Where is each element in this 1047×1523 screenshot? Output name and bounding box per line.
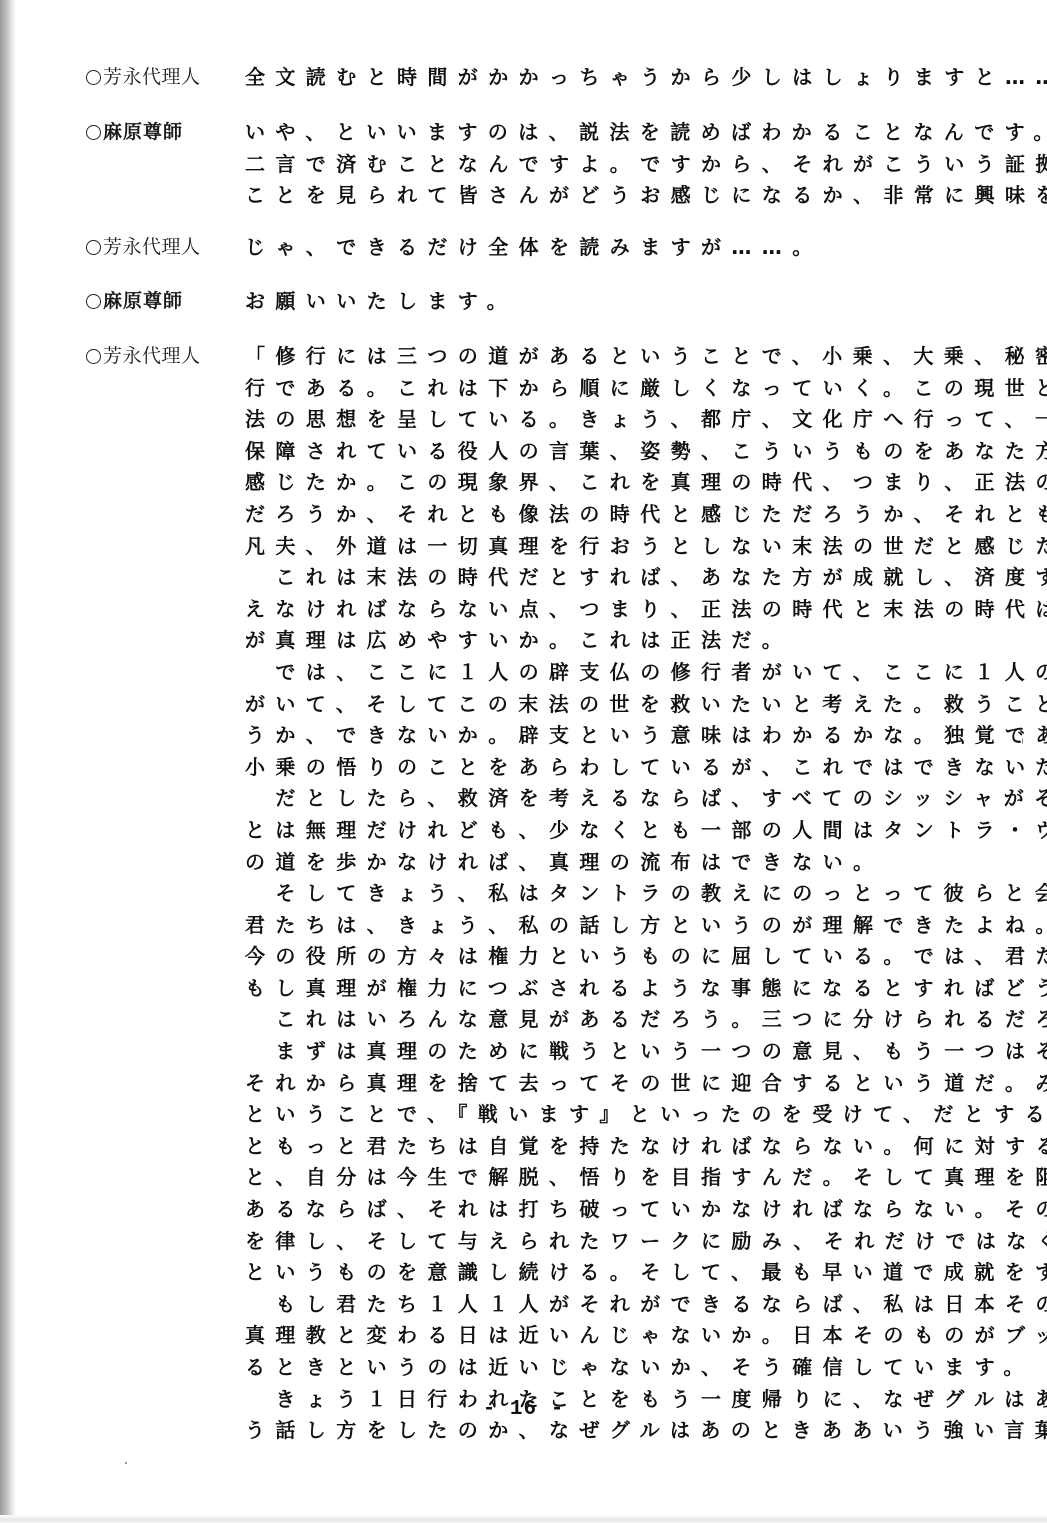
text-line: 感じたか。この現象界、これを真理の時代、つまり、正法の時代と感じた bbox=[245, 467, 1005, 499]
text-line: そしてきょう、私はタントラの教えにのっとって彼らと会い交渉をした。 bbox=[245, 878, 1005, 910]
text-line: の道を歩かなければ、真理の流布はできない。 bbox=[245, 847, 1005, 879]
speech-text: じゃ、できるだけ全体を読みますが……。 bbox=[245, 232, 1005, 264]
speaker-name: 芳永代理人 bbox=[103, 236, 201, 258]
speaker-label: 芳永代理人 bbox=[86, 341, 241, 372]
text-line: まずは真理のために戦うという一つの意見、もう一つはそれから逃げる、 bbox=[245, 1036, 1005, 1068]
text-line: だろうか、それとも像法の時代と感じただろうか、それとも法は廃れ、 bbox=[245, 499, 1005, 531]
page-number: - 16 - bbox=[0, 1398, 1047, 1421]
text-line: というものを意識し続ける。そして、最も早い道で成就をする。 bbox=[245, 1257, 1005, 1289]
text-line: とは無理だけれども、少なくとも一部の人間はタントラ・ヴァジラヤーナ bbox=[245, 815, 1005, 847]
text-line: 法の思想を呈している。きょう、都庁、文化庁へ行って、一定の地位の bbox=[245, 404, 1005, 436]
text-line: あるならば、それは打ち破っていかなければならない。そのためには自己 bbox=[245, 1194, 1005, 1226]
text-line: だとしたら、救済を考えるならば、すべてのシッシャがその道を歩くこ bbox=[245, 783, 1005, 815]
text-line: うか、できないか。辟支という意味はわかるかな。独覚である。つまり、 bbox=[245, 720, 1005, 752]
text-line: ということで、『戦います』といったのを受けて、だとするならば、もっ bbox=[245, 1099, 1005, 1131]
speech-text: いや、といいますのは、説法を読めばわかることなんです。説明も一言、 二言で済むこ… bbox=[245, 117, 1005, 212]
text-line: これは末法の時代だとすれば、あなた方が成就し、済度するために考 bbox=[245, 562, 1005, 594]
text-line: それから真理を捨て去ってその世に迎合するという道だ。みんなはどうだ bbox=[245, 1068, 1005, 1100]
text-line: るときというのは近いじゃないか、そう確信しています。 bbox=[245, 1352, 1005, 1384]
circle-marker-icon bbox=[86, 125, 101, 140]
text-line: 「修行には三つの道があるということで、小乗、大乗、秘密金剛乗的な修 bbox=[245, 341, 1005, 373]
speech-text: 全文読むと時間がかかっちゃうから少しはしょりますと……。 bbox=[245, 62, 1005, 94]
circle-marker-icon bbox=[86, 349, 101, 364]
text-line: えなければならない点、つまり、正法の時代と末法の時代はどちらの方 bbox=[245, 594, 1005, 626]
text-line: もし真理が権力につぶされるような事態になるとすればどうするか。 bbox=[245, 973, 1005, 1005]
speech-text: 「修行には三つの道があるということで、小乗、大乗、秘密金剛乗的な修 行である。こ… bbox=[245, 341, 1005, 1447]
text-line: 今の役所の方々は権力というものに屈している。では、君たちに聞こう。 bbox=[245, 941, 1005, 973]
speaker-name: 芳永代理人 bbox=[103, 66, 201, 88]
text-line: 凡夫、外道は一切真理を行おうとしない末法の世だと感じただろうか。 bbox=[245, 531, 1005, 563]
text-line: 二言で済むことなんですよ。ですから、それがこういう証拠になっている bbox=[245, 149, 1005, 181]
scan-shadow-edge bbox=[0, 0, 16, 1523]
text-line: では、ここに１人の辟支仏の修行者がいて、ここに１人の多聞の修行者 bbox=[245, 657, 1005, 689]
text-line: がいて、そしてこの末法の世を救いたいと考えた。救うことができると思 bbox=[245, 689, 1005, 721]
text-line: お願いいたします。 bbox=[245, 286, 1005, 318]
text-line: 真理教と変わる日は近いんじゃないか。日本そのものがブッダの国に変わ bbox=[245, 1320, 1005, 1352]
speaker-label: 芳永代理人 bbox=[86, 232, 241, 263]
text-line: と、自分は今生で解脱、悟りを目指すんだ。そして真理を阻害するものが bbox=[245, 1162, 1005, 1194]
text-line: いや、といいますのは、説法を読めばわかることなんです。説明も一言、 bbox=[245, 117, 1005, 149]
scan-speck bbox=[1022, 738, 1023, 744]
speaker-name: 芳永代理人 bbox=[103, 345, 201, 367]
text-line: ともっと君たちは自覚を持たなければならない。何に対する自覚かという bbox=[245, 1131, 1005, 1163]
text-line: を律し、そして与えられたワークに励み、それだけではなく、絶えず真理 bbox=[245, 1226, 1005, 1258]
text-line: 君たちは、きょう、私の話し方というのが理解できたよね。そして、単に bbox=[245, 910, 1005, 942]
text-line: 小乗の悟りのことをあらわしているが、これではできないだろう。 bbox=[245, 752, 1005, 784]
speech-text: お願いいたします。 bbox=[245, 286, 1005, 318]
text-line: 全文読むと時間がかかっちゃうから少しはしょりますと……。 bbox=[245, 62, 1005, 94]
scan-speck bbox=[125, 1462, 127, 1464]
text-line: これはいろんな意見があるだろう。三つに分けられるだろう。 bbox=[245, 1004, 1005, 1036]
text-line: じゃ、できるだけ全体を読みますが……。 bbox=[245, 232, 1005, 264]
speaker-label: 芳永代理人 bbox=[86, 62, 241, 93]
speaker-label: 麻原尊師 bbox=[86, 286, 241, 317]
text-line: もし君たち１人１人がそれができるならば、私は日本そのものがオウム bbox=[245, 1289, 1005, 1321]
circle-marker-icon bbox=[86, 70, 101, 85]
text-line: ことを見られて皆さんがどうお感じになるか、非常に興味を持ちます。 bbox=[245, 180, 1005, 212]
text-line: が真理は広めやすいか。これは正法だ。 bbox=[245, 625, 1005, 657]
circle-marker-icon bbox=[86, 294, 101, 309]
speaker-name: 麻原尊師 bbox=[103, 121, 183, 143]
text-line: 行である。これは下から順に厳しくなっていく。この現世というのは末 bbox=[245, 373, 1005, 405]
speaker-name: 麻原尊師 bbox=[103, 290, 183, 312]
scan-bottom-edge bbox=[0, 1515, 1047, 1523]
speaker-label: 麻原尊師 bbox=[86, 117, 241, 148]
circle-marker-icon bbox=[86, 240, 101, 255]
text-line: 保障されている役人の言葉、姿勢、こういうものをあなた方が見てどう bbox=[245, 436, 1005, 468]
